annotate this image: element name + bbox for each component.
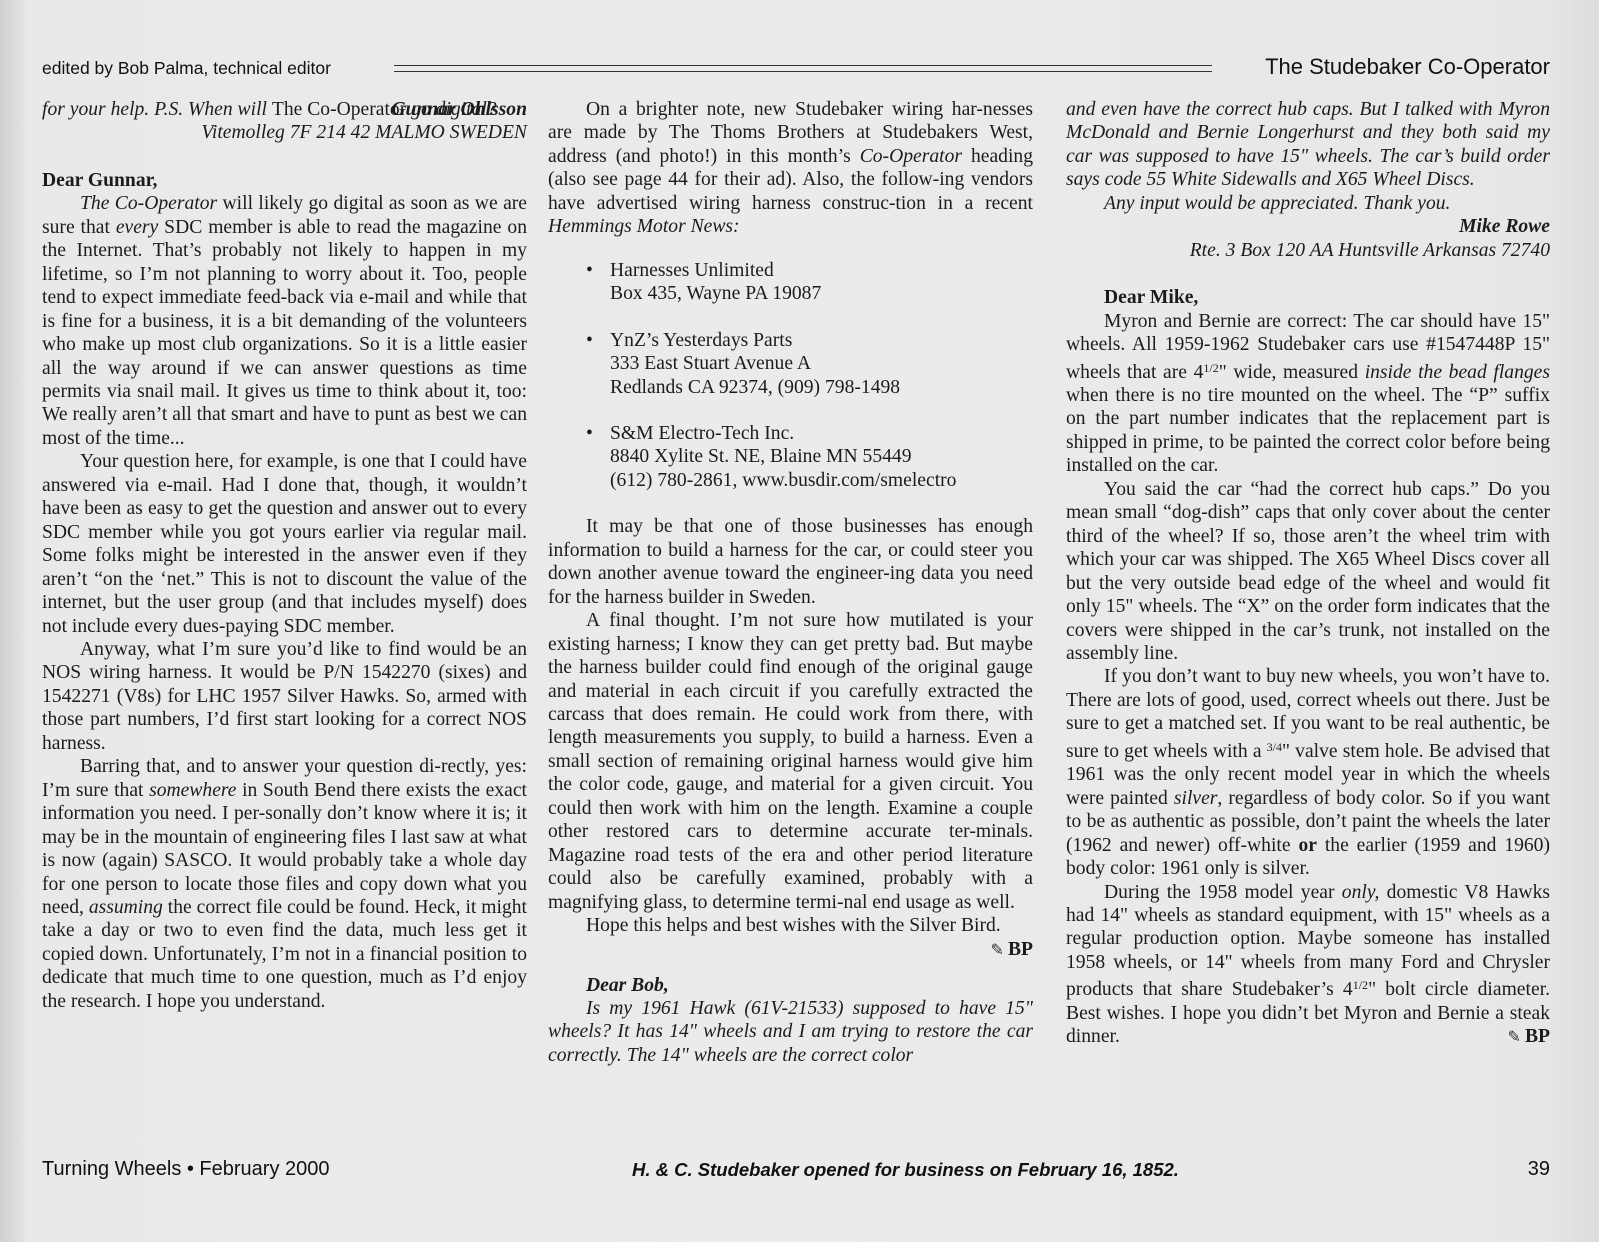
reply-paragraph: Barring that, and to answer your questio… (42, 755, 527, 1013)
page-header: edited by Bob Palma, technical editor Th… (42, 54, 1550, 84)
header-double-rule (394, 65, 1212, 72)
editor-initials: ✎BP (953, 938, 1033, 962)
reply-salutation: Dear Mike, (1066, 286, 1550, 309)
vendor-item: S&M Electro-Tech Inc. 8840 Xylite St. NE… (548, 422, 1033, 492)
reply-paragraph: The Co-Operator will likely go digital a… (42, 192, 527, 450)
reply-salutation: Dear Gunnar, (42, 169, 527, 192)
reply-paragraph: Anyway, what I’m sure you’d like to find… (42, 638, 527, 755)
editor-credit: edited by Bob Palma, technical editor (42, 58, 331, 79)
letter-address: Rte. 3 Box 120 AA Huntsville Arkansas 72… (1066, 239, 1550, 262)
page-footer: Turning Wheels • February 2000 H. & C. S… (42, 1158, 1550, 1188)
reply-paragraph: You said the car “had the correct hub ca… (1066, 478, 1550, 666)
letter-paragraph: Any input would be appreciated. Thank yo… (1066, 192, 1550, 215)
reply-paragraph: If you don’t want to buy new wheels, you… (1066, 665, 1550, 880)
vendor-item: YnZ’s Yesterdays Parts 333 East Stuart A… (548, 329, 1033, 399)
letter-signature: Mike Rowe (1066, 215, 1550, 238)
pencil-icon: ✎ (991, 942, 1004, 959)
reply-paragraph: Hope this helps and best wishes with the… (548, 914, 1033, 937)
reply-paragraph: On a brighter note, new Studebaker wirin… (548, 98, 1033, 239)
footer-fact: H. & C. Studebaker opened for business o… (632, 1159, 1179, 1181)
reply-paragraph: A final thought. I’m not sure how mutila… (548, 609, 1033, 914)
column-title: The Studebaker Co-Operator (1265, 54, 1550, 80)
reply-paragraph: Myron and Bernie are correct: The car sh… (1066, 310, 1550, 478)
editor-initials: ✎BP (1470, 1025, 1550, 1049)
magazine-page: edited by Bob Palma, technical editor Th… (0, 0, 1599, 1242)
vendor-list: Harnesses Unlimited Box 435, Wayne PA 19… (548, 259, 1033, 493)
column-3: and even have the correct hub caps. But … (1066, 98, 1550, 1050)
column-2: On a brighter note, new Studebaker wirin… (548, 98, 1033, 1067)
reply-paragraph: It may be that one of those businesses h… (548, 515, 1033, 609)
page-number: 39 (1528, 1158, 1550, 1181)
letter-salutation: Dear Bob, (548, 974, 1033, 997)
pencil-icon: ✎ (1508, 1029, 1521, 1046)
letter-address: Vitemolleg 7F 214 42 MALMO SWEDEN (42, 121, 527, 144)
reply-paragraph: Your question here, for example, is one … (42, 450, 527, 638)
letter-paragraph: Is my 1961 Hawk (61V-21533) supposed to … (548, 997, 1033, 1067)
column-1: for your help. P.S. When will The Co-Ope… (42, 98, 527, 1013)
letter-paragraph: and even have the correct hub caps. But … (1066, 98, 1550, 192)
vendor-website-link[interactable]: (612) 780-2861, www.busdir.com/smelectro (610, 469, 1033, 492)
vendor-item: Harnesses Unlimited Box 435, Wayne PA 19… (548, 259, 1033, 306)
publication-issue: Turning Wheels • February 2000 (42, 1158, 330, 1181)
reply-paragraph: During the 1958 model year only, domesti… (1066, 881, 1550, 1049)
